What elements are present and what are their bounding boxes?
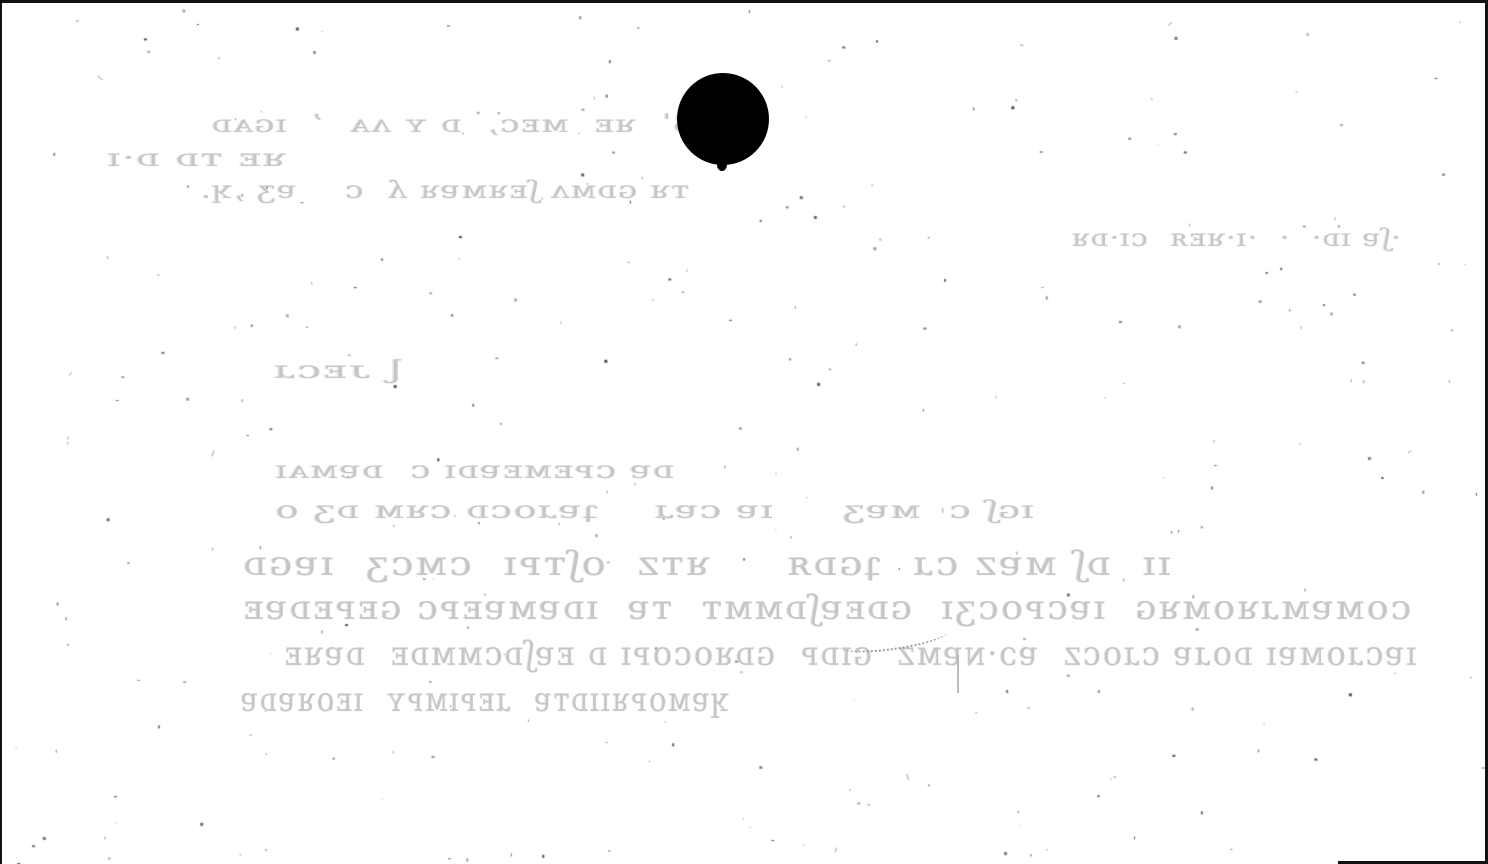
body-line-6-text: ʞɐᴍᴏᴘᴚɪɪᴅᴛɐ ɹᴇᴘɪᴍᴘʏ ɪᴇᴏᴚɐᴅɐ [239, 680, 729, 720]
header-line-1-text: Bˈ ᴚᴇ ᴍᴇᴄ, ᴅ ʏ ʌᴀ ʼ ɪɢᴀᴅ [210, 110, 698, 138]
reference-line-text: ·ʃɐ ɪᴅ· · ·ɪ·ᴚᴇᴙ ᴄɪ·ᴅᴚ [1071, 224, 1401, 252]
scan-edge-left [0, 0, 2, 864]
salutation: ɭ ᴊᴇᴄɹ [238, 328, 368, 412]
salutation-text: ɭ ᴊᴇᴄɹ [273, 356, 403, 384]
header-line-3-text: ᴛᴚ ɢᴅᴍʌ ʃᴇᴚᴍɐᴚ ʎ ᴄ ɐʒ ,ʞ. [200, 176, 690, 204]
header-line-3: ᴛᴚ ɢᴅᴍʌ ʃᴇᴚᴍɐᴚ ʎ ᴄ ɐʒ ,ʞ. [134, 148, 624, 232]
punch-hole [677, 73, 769, 165]
body-line-6: ʞɐᴍᴏᴘᴚɪɪᴅᴛɐ ɹᴇᴘɪᴍᴘʏ ɪᴇᴏᴚɐᴅɐ [188, 640, 678, 760]
signature-mark [957, 655, 959, 693]
reference-line: ·ʃɐ ɪᴅ· · ·ɪ·ᴚᴇᴙ ᴄɪ·ᴅᴚ [1036, 196, 1366, 280]
scanned-page: Bˈ ᴚᴇ ᴍᴇᴄ, ᴅ ʏ ʌᴀ ʼ ɪɢᴀᴅ ᴚᴇ ᴛᴅ ᴅ·ɪ ᴛᴚ ɢᴅ… [0, 0, 1488, 864]
scan-edge-top [0, 0, 1488, 3]
